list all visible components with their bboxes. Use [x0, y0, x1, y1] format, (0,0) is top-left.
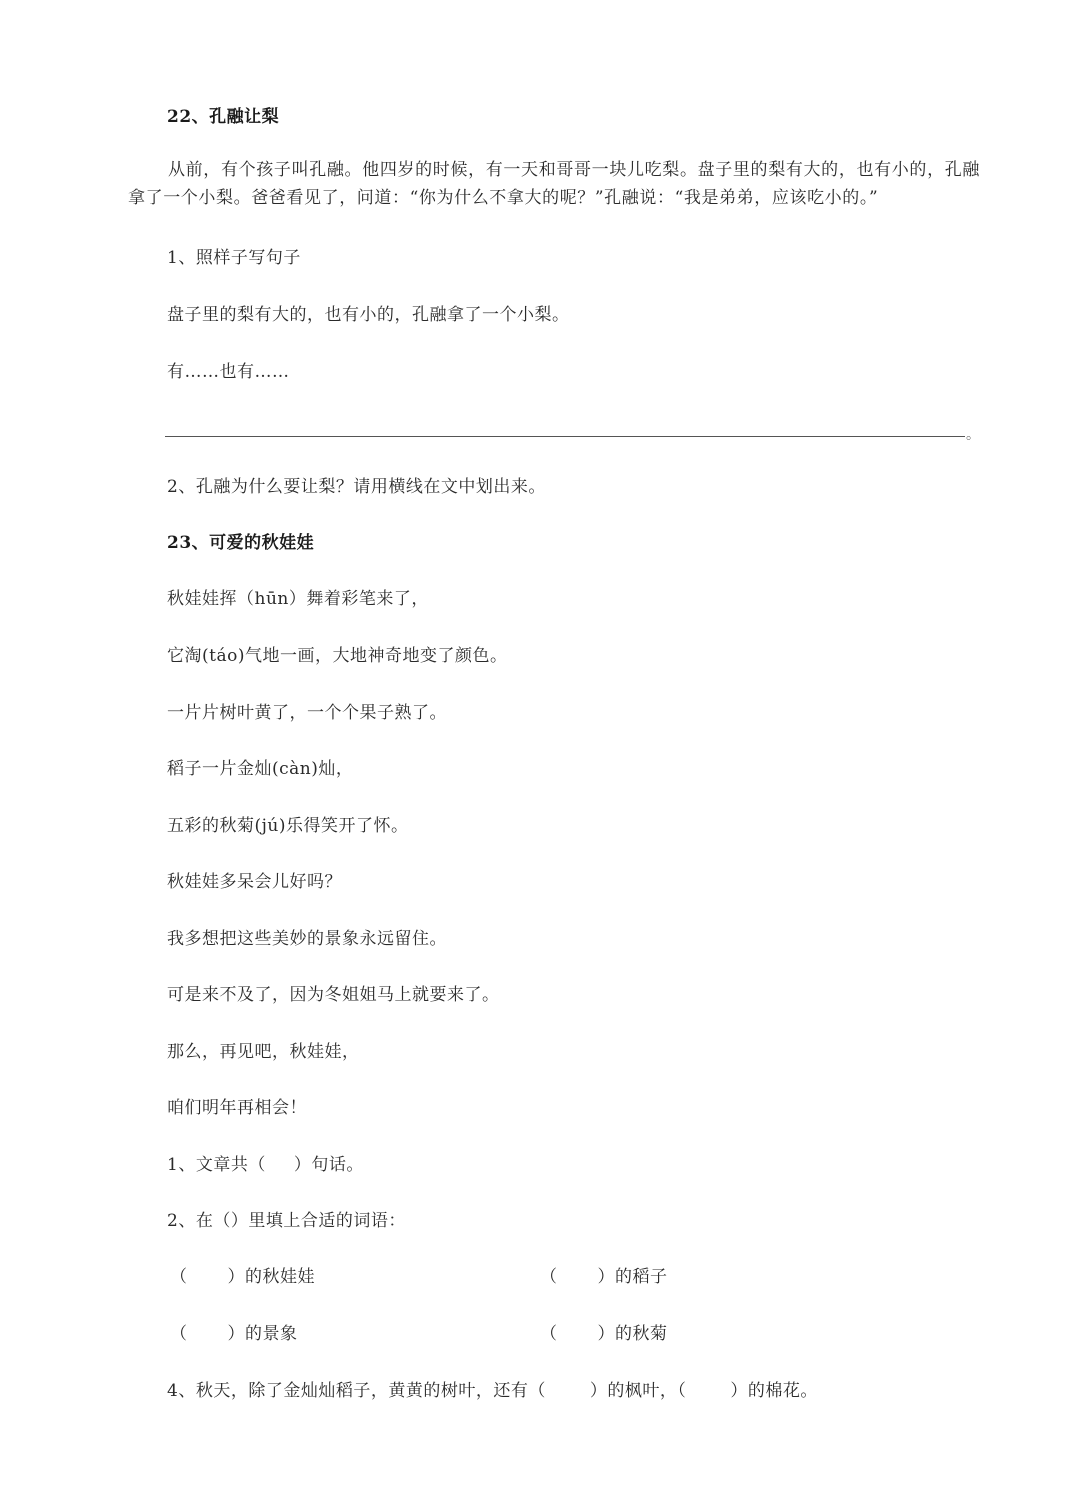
open-paren: （: [540, 1267, 558, 1287]
lesson22-q2-label: 2、孔融为什么要让梨？请用横线在文中划出来。: [167, 476, 546, 498]
lesson23-q4: 4、秋天，除了金灿灿稻子，黄黄的树叶，还有（）的枫叶，（）的棉花。: [167, 1380, 818, 1402]
open-paren: （: [540, 1324, 558, 1344]
q4-part3: ）的棉花。: [730, 1381, 818, 1401]
lesson22-paragraph: 从前，有个孩子叫孔融。他四岁的时候，有一天和哥哥一块儿吃梨。盘子里的梨有大的，也…: [128, 156, 980, 212]
close-paren: ）: [228, 1324, 246, 1344]
open-paren: （: [170, 1324, 188, 1344]
fill-item: （）的秋娃娃: [170, 1266, 315, 1288]
poem-line: 那么，再见吧，秋娃娃，: [167, 1041, 360, 1063]
poem-line: 一片片树叶黄了，一个个果子熟了。: [167, 702, 447, 724]
poem-line: 咱们明年再相会！: [167, 1097, 307, 1119]
q1-prefix: 1、文章共（: [167, 1155, 266, 1175]
lesson22-q1-label: 1、照样子写句子: [167, 247, 301, 269]
lesson22-q1-example: 盘子里的梨有大的，也有小的，孔融拿了一个小梨。: [167, 304, 570, 326]
fill-text: 的稻子: [615, 1267, 668, 1287]
lesson22-title: 22、孔融让梨: [167, 106, 279, 128]
fill-item: （）的稻子: [540, 1266, 668, 1288]
close-paren: ）: [598, 1267, 616, 1287]
poem-line: 秋娃娃多呆会儿好吗？: [167, 871, 342, 893]
lesson23-title: 23、可爱的秋娃娃: [167, 532, 314, 554]
poem-line: 可是来不及了，因为冬姐姐马上就要来了。: [167, 984, 500, 1006]
poem-line: 稻子一片金灿(càn)灿，: [167, 758, 353, 780]
lesson23-q1: 1、文章共（）句话。: [167, 1154, 364, 1176]
close-paren: ）: [228, 1267, 246, 1287]
fill-item: （）的秋菊: [540, 1323, 668, 1345]
poem-line: 我多想把这些美妙的景象永远留住。: [167, 928, 447, 950]
q4-part1: 4、秋天，除了金灿灿稻子，黄黄的树叶，还有（: [167, 1381, 546, 1401]
answer-line-end: 。: [966, 424, 980, 444]
lesson23-q2-label: 2、在（）里填上合适的词语：: [167, 1210, 406, 1232]
fill-item: （）的景象: [170, 1323, 298, 1345]
fill-text: 的秋娃娃: [245, 1267, 315, 1287]
q4-part2: ）的枫叶，（: [590, 1381, 687, 1401]
close-paren: ）: [598, 1324, 616, 1344]
lesson22-q1-pattern: 有……也有……: [167, 361, 290, 383]
poem-line: 秋娃娃挥（hūn）舞着彩笔来了，: [167, 588, 429, 610]
fill-text: 的景象: [245, 1324, 298, 1344]
fill-text: 的秋菊: [615, 1324, 668, 1344]
poem-line: 它淘(táo)气地一画，大地神奇地变了颜色。: [167, 645, 507, 667]
q1-suffix: ）句话。: [294, 1155, 364, 1175]
open-paren: （: [170, 1267, 188, 1287]
poem-line: 五彩的秋菊(jú)乐得笑开了怀。: [167, 815, 408, 837]
answer-line[interactable]: [165, 436, 965, 437]
